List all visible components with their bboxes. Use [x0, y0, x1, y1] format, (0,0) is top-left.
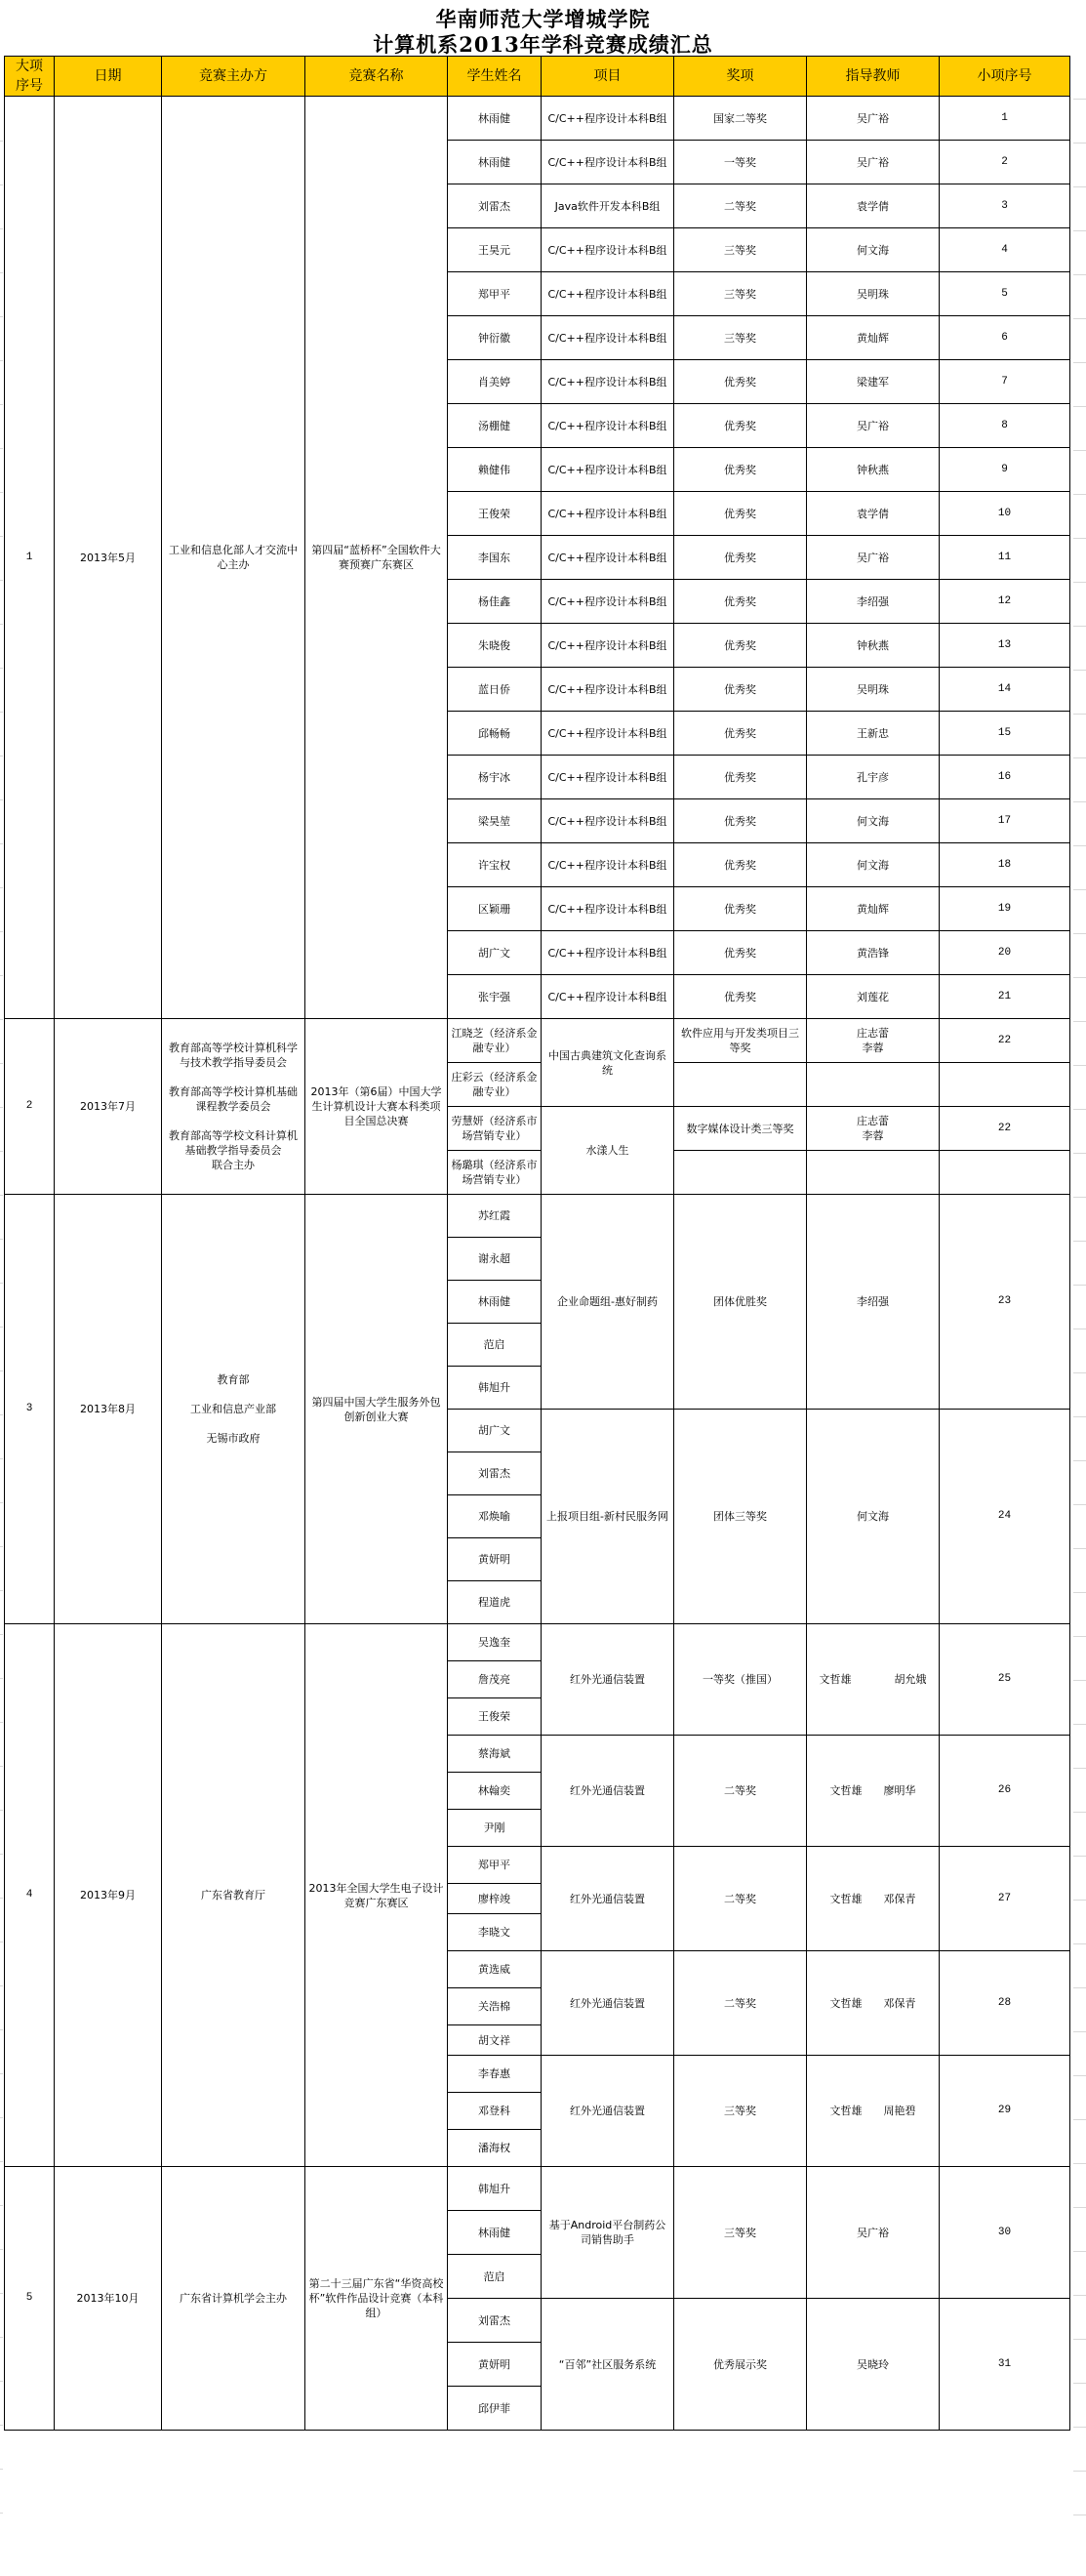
student-name-cell[interactable]: 黄妍明 — [448, 2343, 542, 2387]
teacher-cell[interactable]: 吴广裕 — [807, 536, 940, 580]
student-name-cell[interactable]: 赖健伟 — [448, 448, 542, 492]
project-cell[interactable]: Java软件开发本科B组 — [542, 184, 674, 228]
teacher-cell[interactable]: 王新忠 — [807, 712, 940, 756]
sub-index-cell[interactable]: 5 — [940, 272, 1070, 316]
award-cell[interactable]: 二等奖 — [674, 1736, 807, 1847]
organizer-cell[interactable]: 教育部 工业和信息产业部 无锡市政府 — [162, 1195, 305, 1624]
student-name-cell[interactable]: 江晓芝（经济系金融专业） — [448, 1019, 542, 1063]
sub-index-cell[interactable]: 27 — [940, 1847, 1070, 1951]
teacher-cell[interactable]: 文哲雄 周艳碧 — [807, 2056, 940, 2167]
student-name-cell[interactable]: 杨宇冰 — [448, 756, 542, 799]
sub-index-cell[interactable]: 2 — [940, 141, 1070, 184]
project-cell[interactable]: 水漾人生 — [542, 1107, 674, 1195]
student-name-cell[interactable]: 杨璐琪（经济系市场营销专业） — [448, 1151, 542, 1195]
teacher-cell[interactable]: 何文海 — [807, 1410, 940, 1624]
award-cell[interactable]: 一等奖 — [674, 141, 807, 184]
sub-index-cell[interactable]: 15 — [940, 712, 1070, 756]
col-header-organizer[interactable]: 竞赛主办方 — [162, 57, 305, 97]
student-name-cell[interactable]: 尹刚 — [448, 1810, 542, 1847]
teacher-cell[interactable]: 何文海 — [807, 228, 940, 272]
project-cell[interactable]: C/C++程序设计本科B组 — [542, 756, 674, 799]
project-cell[interactable]: C/C++程序设计本科B组 — [542, 97, 674, 141]
teacher-cell[interactable]: 吴广裕 — [807, 141, 940, 184]
project-cell[interactable]: 基于Android平台制药公司销售助手 — [542, 2167, 674, 2299]
group-index-cell[interactable]: 4 — [5, 1624, 55, 2167]
student-name-cell[interactable]: 胡广文 — [448, 1410, 542, 1452]
project-cell[interactable]: C/C++程序设计本科B组 — [542, 316, 674, 360]
table-row: 42013年9月广东省教育厅2013年全国大学生电子设计竞赛广东赛区吴逸奎红外光… — [5, 1624, 1070, 1661]
sub-index-cell[interactable]: 7 — [940, 360, 1070, 404]
student-name-cell[interactable]: 韩旭升 — [448, 2167, 542, 2211]
award-cell[interactable]: 优秀奖 — [674, 712, 807, 756]
project-cell[interactable]: C/C++程序设计本科B组 — [542, 141, 674, 184]
student-name-cell[interactable]: 张宇强 — [448, 975, 542, 1019]
award-cell[interactable]: 优秀奖 — [674, 887, 807, 931]
sub-index-cell[interactable]: 20 — [940, 931, 1070, 975]
student-name-cell[interactable]: 王俊荣 — [448, 492, 542, 536]
project-cell[interactable]: C/C++程序设计本科B组 — [542, 975, 674, 1019]
student-name-cell[interactable]: 吴逸奎 — [448, 1624, 542, 1661]
col-header-teacher[interactable]: 指导教师 — [807, 57, 940, 97]
project-cell[interactable]: C/C++程序设计本科B组 — [542, 799, 674, 843]
student-name-cell[interactable]: 区颖珊 — [448, 887, 542, 931]
competition-cell[interactable]: 2013年全国大学生电子设计竞赛广东赛区 — [305, 1624, 448, 2167]
teacher-cell[interactable]: 吴明珠 — [807, 272, 940, 316]
teacher-cell[interactable]: 吴广裕 — [807, 2167, 940, 2299]
project-cell[interactable]: C/C++程序设计本科B组 — [542, 712, 674, 756]
teacher-cell[interactable]: 李绍强 — [807, 580, 940, 624]
sub-index-cell[interactable]: 23 — [940, 1195, 1070, 1410]
award-cell[interactable]: 优秀奖 — [674, 492, 807, 536]
student-name-cell[interactable]: 韩旭升 — [448, 1367, 542, 1410]
sheet-gridlines-left — [0, 98, 3, 2533]
col-header-project[interactable]: 项目 — [542, 57, 674, 97]
teacher-cell[interactable]: 黄灿辉 — [807, 887, 940, 931]
header-row: 大项 序号 日期 竞赛主办方 竞赛名称 学生姓名 项目 奖项 指导教师 小项序号 — [5, 57, 1070, 97]
sub-index-cell[interactable]: 26 — [940, 1736, 1070, 1847]
teacher-cell[interactable]: 袁学倩 — [807, 184, 940, 228]
award-cell[interactable]: 三等奖 — [674, 316, 807, 360]
student-name-cell[interactable]: 谢永超 — [448, 1238, 542, 1281]
project-cell[interactable]: “百邻”社区服务系统 — [542, 2299, 674, 2431]
student-name-cell[interactable]: 李晓文 — [448, 1914, 542, 1951]
student-name-cell[interactable]: 刘雷杰 — [448, 184, 542, 228]
project-cell[interactable]: C/C++程序设计本科B组 — [542, 536, 674, 580]
award-cell-empty[interactable] — [674, 1063, 807, 1107]
sub-index-cell[interactable]: 19 — [940, 887, 1070, 931]
student-name-cell[interactable]: 郑甲平 — [448, 272, 542, 316]
student-name-cell[interactable]: 程道虎 — [448, 1581, 542, 1624]
student-name-cell[interactable]: 朱晓俊 — [448, 624, 542, 668]
project-cell[interactable]: 红外光通信装置 — [542, 2056, 674, 2167]
project-cell[interactable]: C/C++程序设计本科B组 — [542, 272, 674, 316]
sub-index-cell-empty[interactable] — [940, 1151, 1070, 1195]
sub-index-cell[interactable]: 13 — [940, 624, 1070, 668]
sub-index-cell[interactable]: 31 — [940, 2299, 1070, 2431]
project-cell[interactable]: 红外光通信装置 — [542, 1624, 674, 1736]
award-cell[interactable]: 三等奖 — [674, 2167, 807, 2299]
teacher-cell-empty[interactable] — [807, 1151, 940, 1195]
organizer-cell[interactable]: 广东省计算机学会主办 — [162, 2167, 305, 2431]
sub-index-cell[interactable]: 12 — [940, 580, 1070, 624]
sub-index-cell[interactable]: 30 — [940, 2167, 1070, 2299]
teacher-cell[interactable]: 文哲雄 胡允娥 — [807, 1624, 940, 1736]
project-cell[interactable]: C/C++程序设计本科B组 — [542, 668, 674, 712]
award-cell[interactable]: 优秀奖 — [674, 580, 807, 624]
sub-index-cell[interactable]: 17 — [940, 799, 1070, 843]
award-cell[interactable]: 三等奖 — [674, 228, 807, 272]
competition-cell[interactable]: 2013年（第6届）中国大学生计算机设计大赛本科类项目全国总决赛 — [305, 1019, 448, 1195]
student-name-cell[interactable]: 李国东 — [448, 536, 542, 580]
project-cell[interactable]: C/C++程序设计本科B组 — [542, 360, 674, 404]
table-row: 22013年7月教育部高等学校计算机科学与技术教学指导委员会 教育部高等学校计算… — [5, 1019, 1070, 1063]
project-cell[interactable]: 上报项目组-新村民服务网 — [542, 1410, 674, 1624]
date-cell[interactable]: 2013年8月 — [55, 1195, 162, 1624]
award-cell[interactable]: 数字媒体设计类三等奖 — [674, 1107, 807, 1151]
results-table: 大项 序号 日期 竞赛主办方 竞赛名称 学生姓名 项目 奖项 指导教师 小项序号… — [4, 56, 1070, 2431]
organizer-cell[interactable]: 教育部高等学校计算机科学与技术教学指导委员会 教育部高等学校计算机基础课程教学委… — [162, 1019, 305, 1195]
student-name-cell[interactable]: 肖美婷 — [448, 360, 542, 404]
col-header-award[interactable]: 奖项 — [674, 57, 807, 97]
group-index-cell[interactable]: 2 — [5, 1019, 55, 1195]
teacher-cell[interactable]: 文哲雄 邓保青 — [807, 1847, 940, 1951]
teacher-cell[interactable]: 黄浩锋 — [807, 931, 940, 975]
table-row: 32013年8月教育部 工业和信息产业部 无锡市政府第四届中国大学生服务外包创新… — [5, 1195, 1070, 1238]
award-cell[interactable]: 二等奖 — [674, 1951, 807, 2056]
student-name-cell[interactable]: 关浩棉 — [448, 1988, 542, 2025]
col-header-group-index[interactable]: 大项 序号 — [5, 57, 55, 97]
organizer-cell[interactable]: 广东省教育厅 — [162, 1624, 305, 2167]
teacher-cell[interactable]: 梁建军 — [807, 360, 940, 404]
student-name-cell[interactable]: 黄选威 — [448, 1951, 542, 1988]
teacher-cell[interactable]: 庄志蕾 李蓉 — [807, 1019, 940, 1063]
student-name-cell[interactable]: 庄彩云（经济系金融专业） — [448, 1063, 542, 1107]
project-cell[interactable]: 红外光通信装置 — [542, 1736, 674, 1847]
student-name-cell[interactable]: 苏红霞 — [448, 1195, 542, 1238]
project-cell[interactable]: 企业命题组-惠好制药 — [542, 1195, 674, 1410]
teacher-cell[interactable]: 何文海 — [807, 843, 940, 887]
sub-index-cell[interactable]: 25 — [940, 1624, 1070, 1736]
student-name-cell[interactable]: 廖梓竣 — [448, 1884, 542, 1914]
student-name-cell[interactable]: 邱畅畅 — [448, 712, 542, 756]
project-cell[interactable]: 中国古典建筑文化查询系统 — [542, 1019, 674, 1107]
award-cell[interactable]: 国家二等奖 — [674, 97, 807, 141]
teacher-cell[interactable]: 吴晓玲 — [807, 2299, 940, 2431]
award-cell[interactable]: 优秀展示奖 — [674, 2299, 807, 2431]
student-name-cell[interactable]: 汤棚健 — [448, 404, 542, 448]
sub-index-cell[interactable]: 29 — [940, 2056, 1070, 2167]
teacher-cell[interactable]: 庄志蕾 李蓉 — [807, 1107, 940, 1151]
student-name-cell[interactable]: 杨佳鑫 — [448, 580, 542, 624]
student-name-cell[interactable]: 胡文祥 — [448, 2025, 542, 2056]
sub-index-cell[interactable]: 4 — [940, 228, 1070, 272]
col-header-student[interactable]: 学生姓名 — [448, 57, 542, 97]
sub-index-cell[interactable]: 11 — [940, 536, 1070, 580]
sub-index-cell[interactable]: 3 — [940, 184, 1070, 228]
date-cell[interactable]: 2013年7月 — [55, 1019, 162, 1195]
sub-index-cell[interactable]: 10 — [940, 492, 1070, 536]
student-name-cell[interactable]: 梁昊堃 — [448, 799, 542, 843]
project-cell[interactable]: 红外光通信装置 — [542, 1951, 674, 2056]
student-name-cell[interactable]: 潘海权 — [448, 2130, 542, 2167]
table-row: 12013年5月工业和信息化部人才交流中心主办第四届“蓝桥杯”全国软件大赛预赛广… — [5, 97, 1070, 141]
award-cell[interactable]: 优秀奖 — [674, 756, 807, 799]
project-cell[interactable]: C/C++程序设计本科B组 — [542, 624, 674, 668]
competition-cell[interactable]: 第二十三届广东省“华资高校杯”软件作品设计竞赛（本科组） — [305, 2167, 448, 2431]
table-row: 52013年10月广东省计算机学会主办第二十三届广东省“华资高校杯”软件作品设计… — [5, 2167, 1070, 2211]
sub-index-cell[interactable]: 14 — [940, 668, 1070, 712]
sub-index-cell[interactable]: 6 — [940, 316, 1070, 360]
group-index-cell[interactable]: 5 — [5, 2167, 55, 2431]
sub-index-cell[interactable]: 28 — [940, 1951, 1070, 2056]
project-cell[interactable]: C/C++程序设计本科B组 — [542, 580, 674, 624]
col-header-sub-index[interactable]: 小项序号 — [940, 57, 1070, 97]
date-cell[interactable]: 2013年9月 — [55, 1624, 162, 2167]
teacher-cell[interactable]: 何文海 — [807, 799, 940, 843]
sheet-title-summary: 计算机系2013年学科竞赛成绩汇总 — [0, 29, 1086, 59]
date-cell[interactable]: 2013年10月 — [55, 2167, 162, 2431]
student-name-cell[interactable]: 郑甲平 — [448, 1847, 542, 1884]
student-name-cell[interactable]: 邱伊菲 — [448, 2387, 542, 2431]
sub-index-cell[interactable]: 22 — [940, 1107, 1070, 1151]
date-cell[interactable]: 2013年5月 — [55, 97, 162, 1019]
competition-cell[interactable]: 第四届中国大学生服务外包创新创业大赛 — [305, 1195, 448, 1624]
award-cell[interactable]: 团体三等奖 — [674, 1410, 807, 1624]
student-name-cell[interactable]: 邓焕喻 — [448, 1495, 542, 1538]
teacher-cell[interactable]: 吴广裕 — [807, 404, 940, 448]
student-name-cell[interactable]: 王昊元 — [448, 228, 542, 272]
sub-index-cell[interactable]: 24 — [940, 1410, 1070, 1624]
award-cell[interactable]: 优秀奖 — [674, 799, 807, 843]
student-name-cell[interactable]: 詹茂亮 — [448, 1661, 542, 1698]
student-name-cell[interactable]: 蔡海斌 — [448, 1736, 542, 1773]
teacher-cell[interactable]: 李绍强 — [807, 1195, 940, 1410]
student-name-cell[interactable]: 黄妍明 — [448, 1538, 542, 1581]
award-cell[interactable]: 优秀奖 — [674, 404, 807, 448]
sub-index-cell[interactable]: 21 — [940, 975, 1070, 1019]
teacher-cell[interactable]: 文哲雄 廖明华 — [807, 1736, 940, 1847]
award-cell[interactable]: 优秀奖 — [674, 448, 807, 492]
project-cell[interactable]: C/C++程序设计本科B组 — [542, 843, 674, 887]
group-index-cell[interactable]: 3 — [5, 1195, 55, 1624]
student-name-cell[interactable]: 劳慧妍（经济系市场营销专业） — [448, 1107, 542, 1151]
award-cell[interactable]: 软件应用与开发类项目三等奖 — [674, 1019, 807, 1063]
award-cell-empty[interactable] — [674, 1151, 807, 1195]
student-name-cell[interactable]: 钟衍徽 — [448, 316, 542, 360]
project-cell[interactable]: C/C++程序设计本科B组 — [542, 448, 674, 492]
student-name-cell[interactable]: 范启 — [448, 1324, 542, 1367]
award-cell[interactable]: 优秀奖 — [674, 843, 807, 887]
student-name-cell[interactable]: 刘雷杰 — [448, 1452, 542, 1495]
student-name-cell[interactable]: 蓝日侨 — [448, 668, 542, 712]
sub-index-cell[interactable]: 18 — [940, 843, 1070, 887]
student-name-cell[interactable]: 胡广文 — [448, 931, 542, 975]
teacher-cell[interactable]: 黄灿辉 — [807, 316, 940, 360]
sub-index-cell[interactable]: 22 — [940, 1019, 1070, 1063]
award-cell[interactable]: 优秀奖 — [674, 536, 807, 580]
teacher-cell[interactable]: 孔宇彦 — [807, 756, 940, 799]
award-cell[interactable]: 一等奖（推国） — [674, 1624, 807, 1736]
project-cell[interactable]: C/C++程序设计本科B组 — [542, 404, 674, 448]
student-name-cell[interactable]: 林雨健 — [448, 97, 542, 141]
award-cell[interactable]: 团体优胜奖 — [674, 1195, 807, 1410]
project-cell[interactable]: C/C++程序设计本科B组 — [542, 492, 674, 536]
student-name-cell[interactable]: 王俊荣 — [448, 1698, 542, 1736]
student-name-cell[interactable]: 林翰奕 — [448, 1773, 542, 1810]
award-cell[interactable]: 优秀奖 — [674, 668, 807, 712]
student-name-cell[interactable]: 林雨健 — [448, 1281, 542, 1324]
award-cell[interactable]: 优秀奖 — [674, 360, 807, 404]
col-header-date[interactable]: 日期 — [55, 57, 162, 97]
sheet-gridlines-right — [1073, 56, 1086, 2535]
award-cell[interactable]: 二等奖 — [674, 1847, 807, 1951]
award-cell[interactable]: 三等奖 — [674, 2056, 807, 2167]
award-cell[interactable]: 优秀奖 — [674, 975, 807, 1019]
award-cell[interactable]: 三等奖 — [674, 272, 807, 316]
teacher-cell[interactable]: 吴明珠 — [807, 668, 940, 712]
group-index-cell[interactable]: 1 — [5, 97, 55, 1019]
sub-index-cell-empty[interactable] — [940, 1063, 1070, 1107]
project-cell[interactable]: C/C++程序设计本科B组 — [542, 931, 674, 975]
project-cell[interactable]: C/C++程序设计本科B组 — [542, 887, 674, 931]
student-name-cell[interactable]: 林雨健 — [448, 141, 542, 184]
sub-index-cell[interactable]: 16 — [940, 756, 1070, 799]
teacher-cell[interactable]: 吴广裕 — [807, 97, 940, 141]
project-cell[interactable]: 红外光通信装置 — [542, 1847, 674, 1951]
student-name-cell[interactable]: 许宝权 — [448, 843, 542, 887]
project-cell[interactable]: C/C++程序设计本科B组 — [542, 228, 674, 272]
teacher-cell[interactable]: 钟秋燕 — [807, 624, 940, 668]
sub-index-cell[interactable]: 9 — [940, 448, 1070, 492]
teacher-cell[interactable]: 袁学倩 — [807, 492, 940, 536]
student-name-cell[interactable]: 刘雷杰 — [448, 2299, 542, 2343]
award-cell[interactable]: 二等奖 — [674, 184, 807, 228]
teacher-cell[interactable]: 文哲雄 邓保青 — [807, 1951, 940, 2056]
student-name-cell[interactable]: 邓登科 — [448, 2093, 542, 2130]
organizer-cell[interactable]: 工业和信息化部人才交流中心主办 — [162, 97, 305, 1019]
competition-cell[interactable]: 第四届“蓝桥杯”全国软件大赛预赛广东赛区 — [305, 97, 448, 1019]
teacher-cell-empty[interactable] — [807, 1063, 940, 1107]
award-cell[interactable]: 优秀奖 — [674, 931, 807, 975]
sub-index-cell[interactable]: 1 — [940, 97, 1070, 141]
student-name-cell[interactable]: 林雨健 — [448, 2211, 542, 2255]
col-header-competition[interactable]: 竞赛名称 — [305, 57, 448, 97]
sub-index-cell[interactable]: 8 — [940, 404, 1070, 448]
student-name-cell[interactable]: 范启 — [448, 2255, 542, 2299]
teacher-cell[interactable]: 钟秋燕 — [807, 448, 940, 492]
teacher-cell[interactable]: 刘莲花 — [807, 975, 940, 1019]
student-name-cell[interactable]: 李春惠 — [448, 2056, 542, 2093]
award-cell[interactable]: 优秀奖 — [674, 624, 807, 668]
